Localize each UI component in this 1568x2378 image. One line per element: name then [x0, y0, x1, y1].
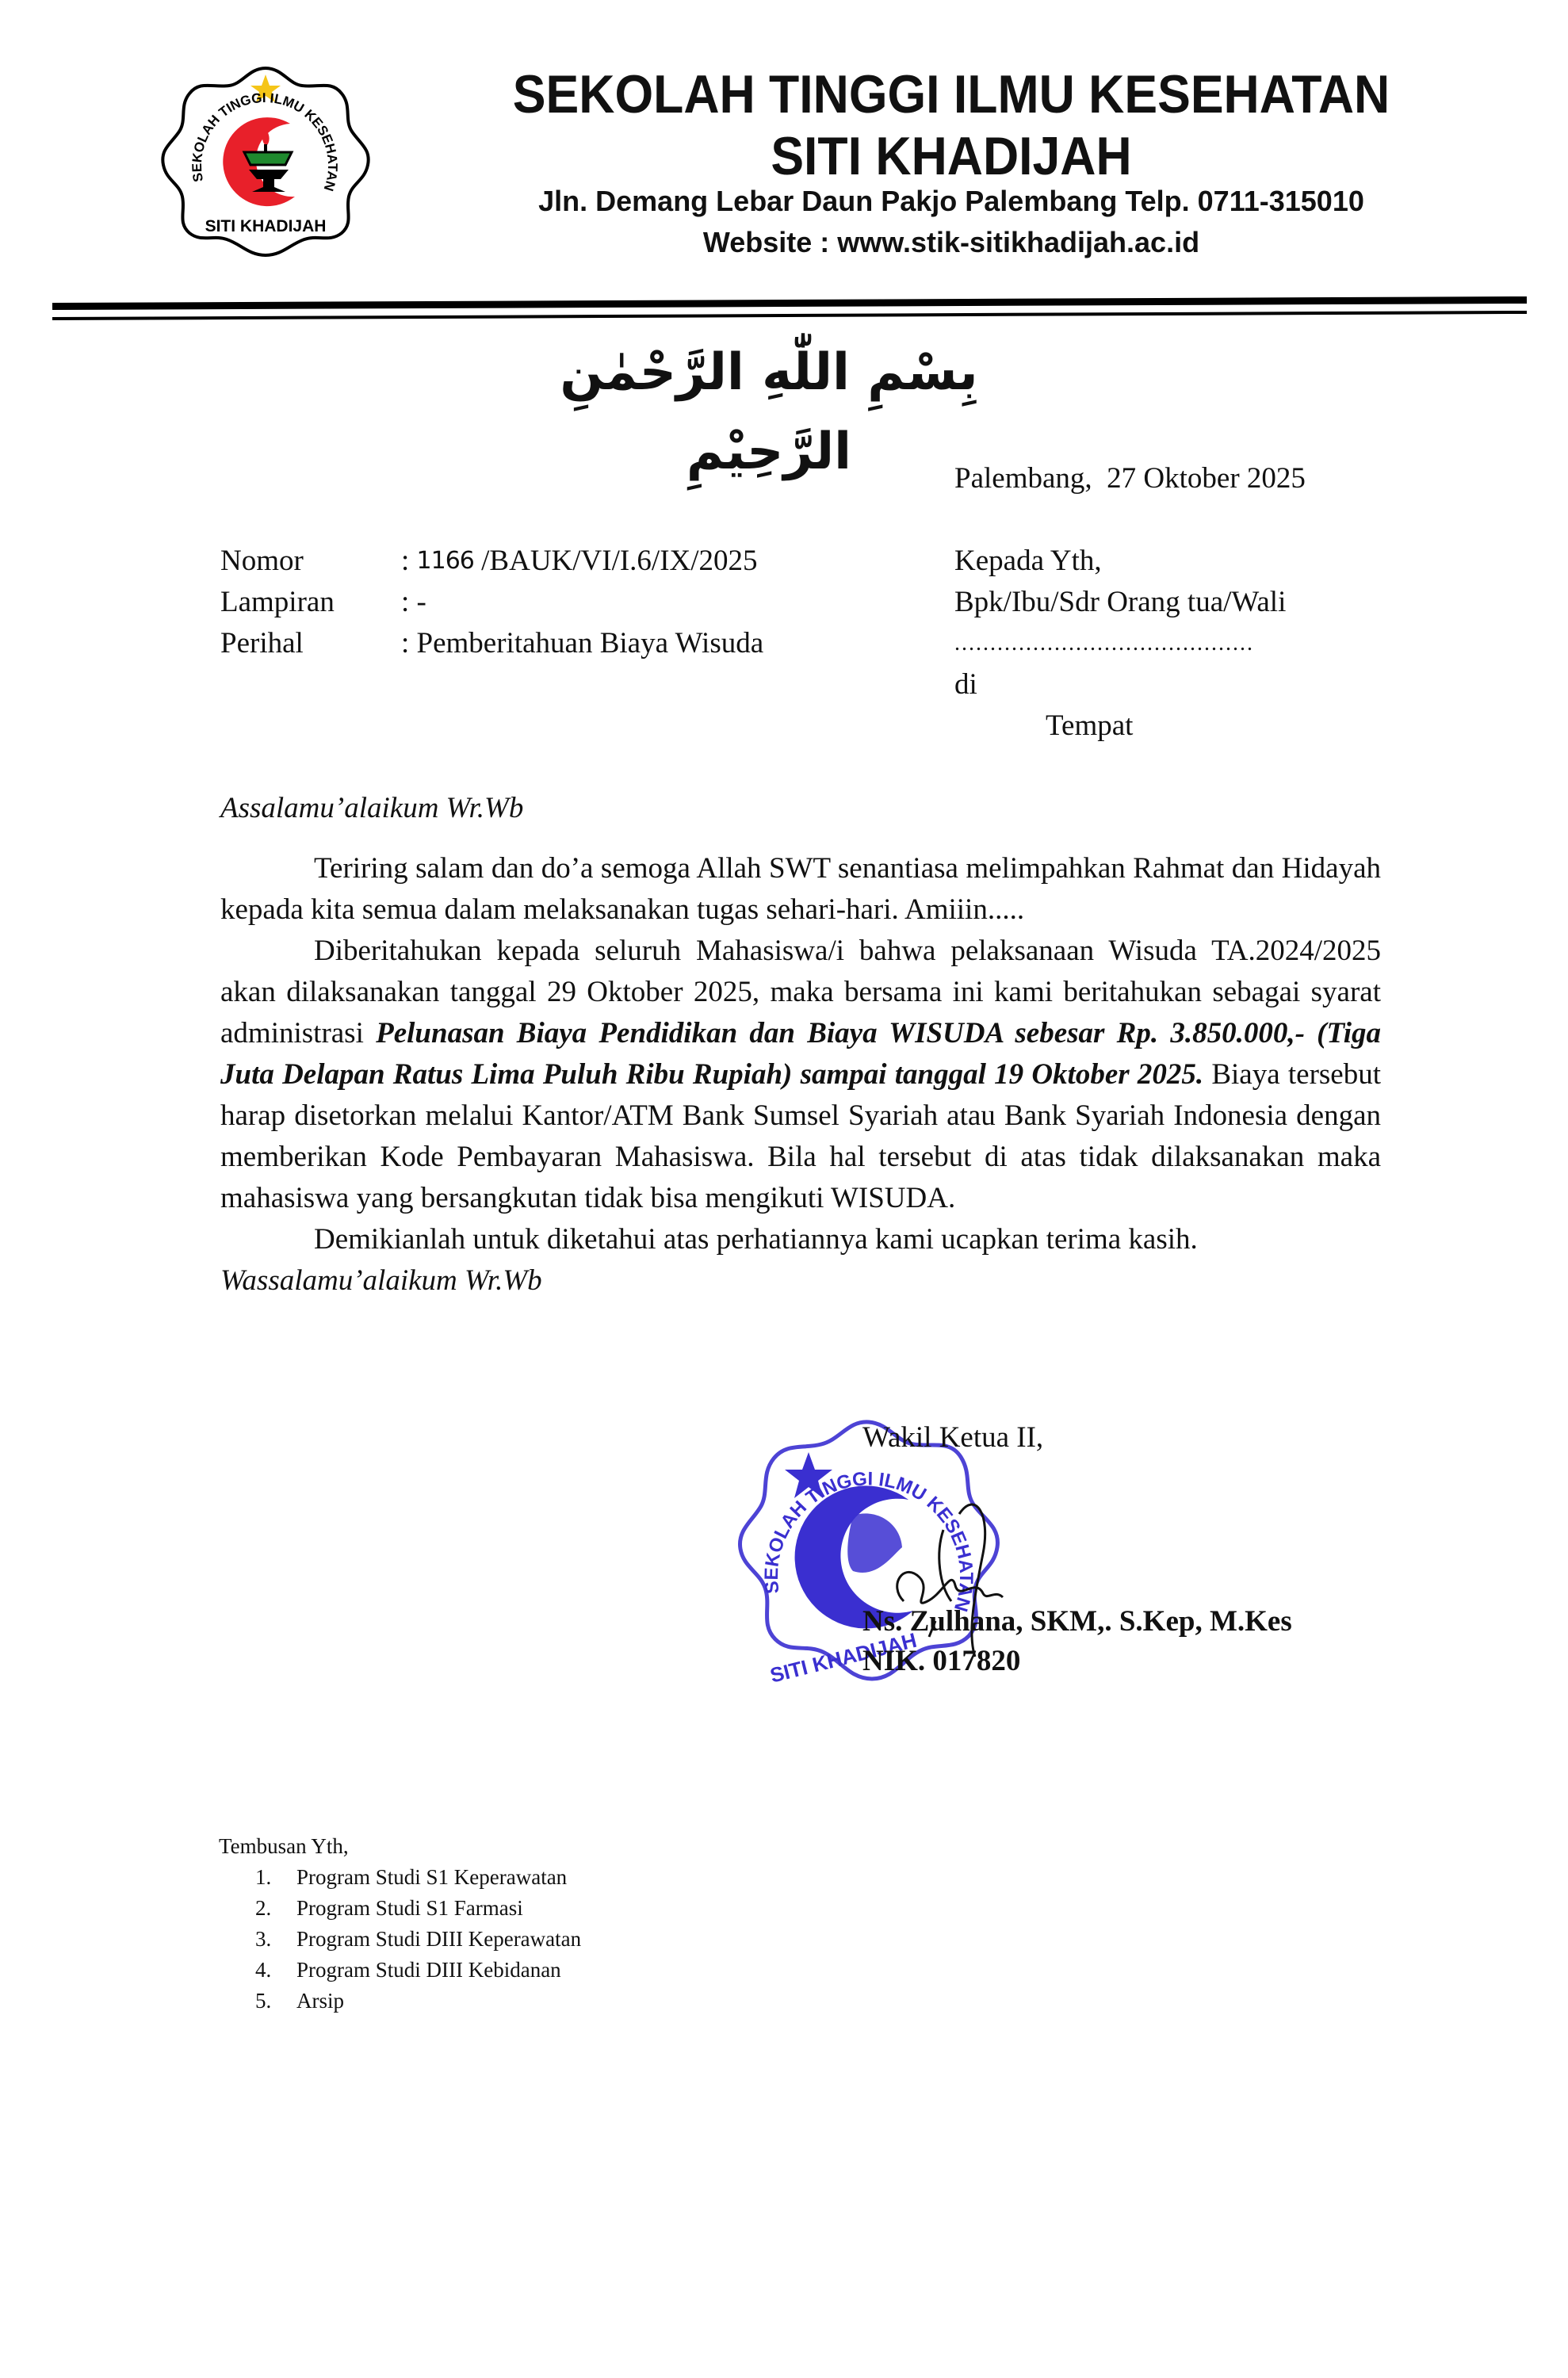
- institution-name-line2: SITI KHADIJAH: [507, 125, 1396, 187]
- letterhead-rule-thick: [52, 296, 1527, 310]
- crescent-star-lamp-logo-icon: SEKOLAH TINGGI ILMU KESEHATAN SITI KHADI…: [155, 52, 376, 258]
- list-item-number: 3.: [219, 1924, 296, 1955]
- signatory-nik: NIK. 017820: [862, 1641, 1020, 1682]
- perihal-value: Pemberitahuan Biaya Wisuda: [417, 623, 764, 664]
- list-item-number: 1.: [219, 1862, 296, 1893]
- list-item-text: Program Studi S1 Farmasi: [296, 1893, 523, 1924]
- list-item: 1.Program Studi S1 Keperawatan: [219, 1862, 581, 1893]
- opening-greeting: Assalamu’alaikum Wr.Wb: [220, 788, 1381, 829]
- list-item: 2.Program Studi S1 Farmasi: [219, 1893, 581, 1924]
- institution-address: Jln. Demang Lebar Daun Pakjo Palembang T…: [468, 184, 1435, 219]
- bismillah-calligraphy: بِسْمِ اللّٰهِ الرَّحْمٰنِ الرَّحِيْمِ: [523, 333, 1015, 491]
- carbon-copy-title: Tembusan Yth,: [219, 1831, 581, 1862]
- list-item: 4.Program Studi DIII Kebidanan: [219, 1955, 581, 1986]
- list-item-text: Program Studi S1 Keperawatan: [296, 1862, 567, 1893]
- svg-text:SITI KHADIJAH: SITI KHADIJAH: [205, 217, 327, 235]
- nomor-value: /BAUK/VI/I.6/IX/2025: [474, 541, 758, 582]
- list-item-number: 4.: [219, 1955, 296, 1986]
- list-item-number: 2.: [219, 1893, 296, 1924]
- nomor-label: Nomor: [220, 541, 401, 582]
- list-item: 5.Arsip: [219, 1986, 581, 2017]
- list-item-text: Arsip: [296, 1986, 344, 2017]
- carbon-copy-list: Tembusan Yth, 1.Program Studi S1 Keperaw…: [219, 1831, 581, 2017]
- recipient-name: Bpk/Ibu/Sdr Orang tua/Wali: [954, 582, 1286, 623]
- list-item-number: 5.: [219, 1986, 296, 2017]
- lampiran-value: -: [417, 582, 426, 623]
- carbon-copy-items: 1.Program Studi S1 Keperawatan 2.Program…: [219, 1862, 581, 2017]
- closing-greeting: Wassalamu’alaikum Wr.Wb: [220, 1260, 1381, 1302]
- recipient-di: di: [954, 664, 1286, 705]
- list-item-text: Program Studi DIII Keperawatan: [296, 1924, 581, 1955]
- meta-lampiran: Lampiran : -: [220, 582, 763, 623]
- nomor-separator: :: [401, 541, 417, 582]
- perihal-label: Perihal: [220, 623, 401, 664]
- recipient-dotted-line: ........................................…: [954, 623, 1286, 664]
- nomor-handwritten: 1166: [417, 541, 474, 582]
- meta-nomor: Nomor : 1166 /BAUK/VI/I.6/IX/2025: [220, 541, 763, 582]
- institution-website: Website : www.stik-sitikhadijah.ac.id: [468, 225, 1435, 260]
- signatory-name: Ns. Zulhana, SKM,. S.Kep, M.Kes: [862, 1601, 1292, 1642]
- lampiran-separator: :: [401, 582, 417, 623]
- paragraph-1: Teriring salam dan do’a semoga Allah SWT…: [220, 848, 1381, 931]
- institution-logo: SEKOLAH TINGGI ILMU KESEHATAN SITI KHADI…: [155, 52, 376, 258]
- paragraph-2: Diberitahukan kepada seluruh Mahasiswa/i…: [220, 931, 1381, 1219]
- place-date: Palembang, 27 Oktober 2025: [954, 458, 1306, 499]
- recipient-block: Kepada Yth, Bpk/Ibu/Sdr Orang tua/Wali .…: [954, 541, 1286, 747]
- letter-body: Assalamu’alaikum Wr.Wb Teriring salam da…: [220, 788, 1381, 1302]
- recipient-salutation: Kepada Yth,: [954, 541, 1286, 582]
- recipient-place: Tempat: [954, 705, 1286, 747]
- letterhead-rule-thin: [52, 311, 1527, 320]
- perihal-separator: :: [401, 623, 417, 664]
- lampiran-label: Lampiran: [220, 582, 401, 623]
- list-item: 3.Program Studi DIII Keperawatan: [219, 1924, 581, 1955]
- list-item-text: Program Studi DIII Kebidanan: [296, 1955, 561, 1986]
- paragraph-3: Demikianlah untuk diketahui atas perhati…: [220, 1219, 1381, 1260]
- letter-meta: Nomor : 1166 /BAUK/VI/I.6/IX/2025 Lampir…: [220, 541, 763, 664]
- institution-name-line1: SEKOLAH TINGGI ILMU KESEHATAN: [507, 63, 1396, 125]
- meta-perihal: Perihal : Pemberitahuan Biaya Wisuda: [220, 623, 763, 664]
- signatory-role: Wakil Ketua II,: [862, 1417, 1043, 1459]
